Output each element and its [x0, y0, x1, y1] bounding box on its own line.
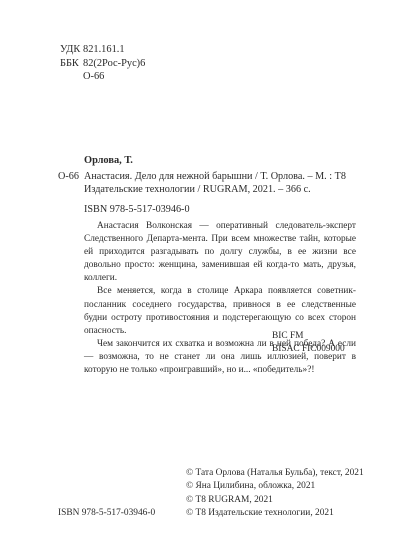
udc-value: 821.161.1 [83, 43, 125, 57]
copyright-block: © Тата Орлова (Наталья Бульба), текст, 2… [186, 467, 364, 520]
record-code: О-66 [58, 170, 84, 197]
record-description: Анастасия. Дело для нежной барышни / Т. … [84, 170, 356, 197]
bbk-value: 82(2Рос-Рус)6 [83, 57, 145, 71]
copyright-line: © Т8 Издательские технологии, 2021 [186, 507, 364, 520]
bbk-row: ББК 82(2Рос-Рус)6 [60, 57, 145, 71]
copyright-line: © Т8 RUGRAM, 2021 [186, 494, 364, 507]
udc-label: УДК [60, 43, 83, 57]
author-heading: Орлова, Т. [84, 155, 133, 166]
copyright-line: © Яна Цилибина, обложка, 2021 [186, 480, 364, 493]
bbk-label: ББК [60, 57, 83, 71]
classification-block: УДК 821.161.1 ББК 82(2Рос-Рус)6 О-66 [60, 43, 145, 84]
author-mark: О-66 [83, 70, 104, 84]
subject-codes: BIC FM BISAC FIC009000 [272, 330, 345, 357]
record-isbn: ISBN 978-5-517-03946-0 [84, 204, 190, 215]
bibliographic-record: О-66 Анастасия. Дело для нежной барышни … [58, 170, 358, 197]
bisac-code: BISAC FIC009000 [272, 343, 345, 356]
author-mark-row: О-66 [60, 70, 145, 84]
bic-code: BIC FM [272, 330, 345, 343]
copyright-line: © Тата Орлова (Наталья Бульба), текст, 2… [186, 467, 364, 480]
footer-isbn: ISBN 978-5-517-03946-0 [58, 507, 155, 520]
udc-row: УДК 821.161.1 [60, 43, 145, 57]
abstract-paragraph: Анастасия Волконская — оперативный следо… [84, 220, 356, 285]
